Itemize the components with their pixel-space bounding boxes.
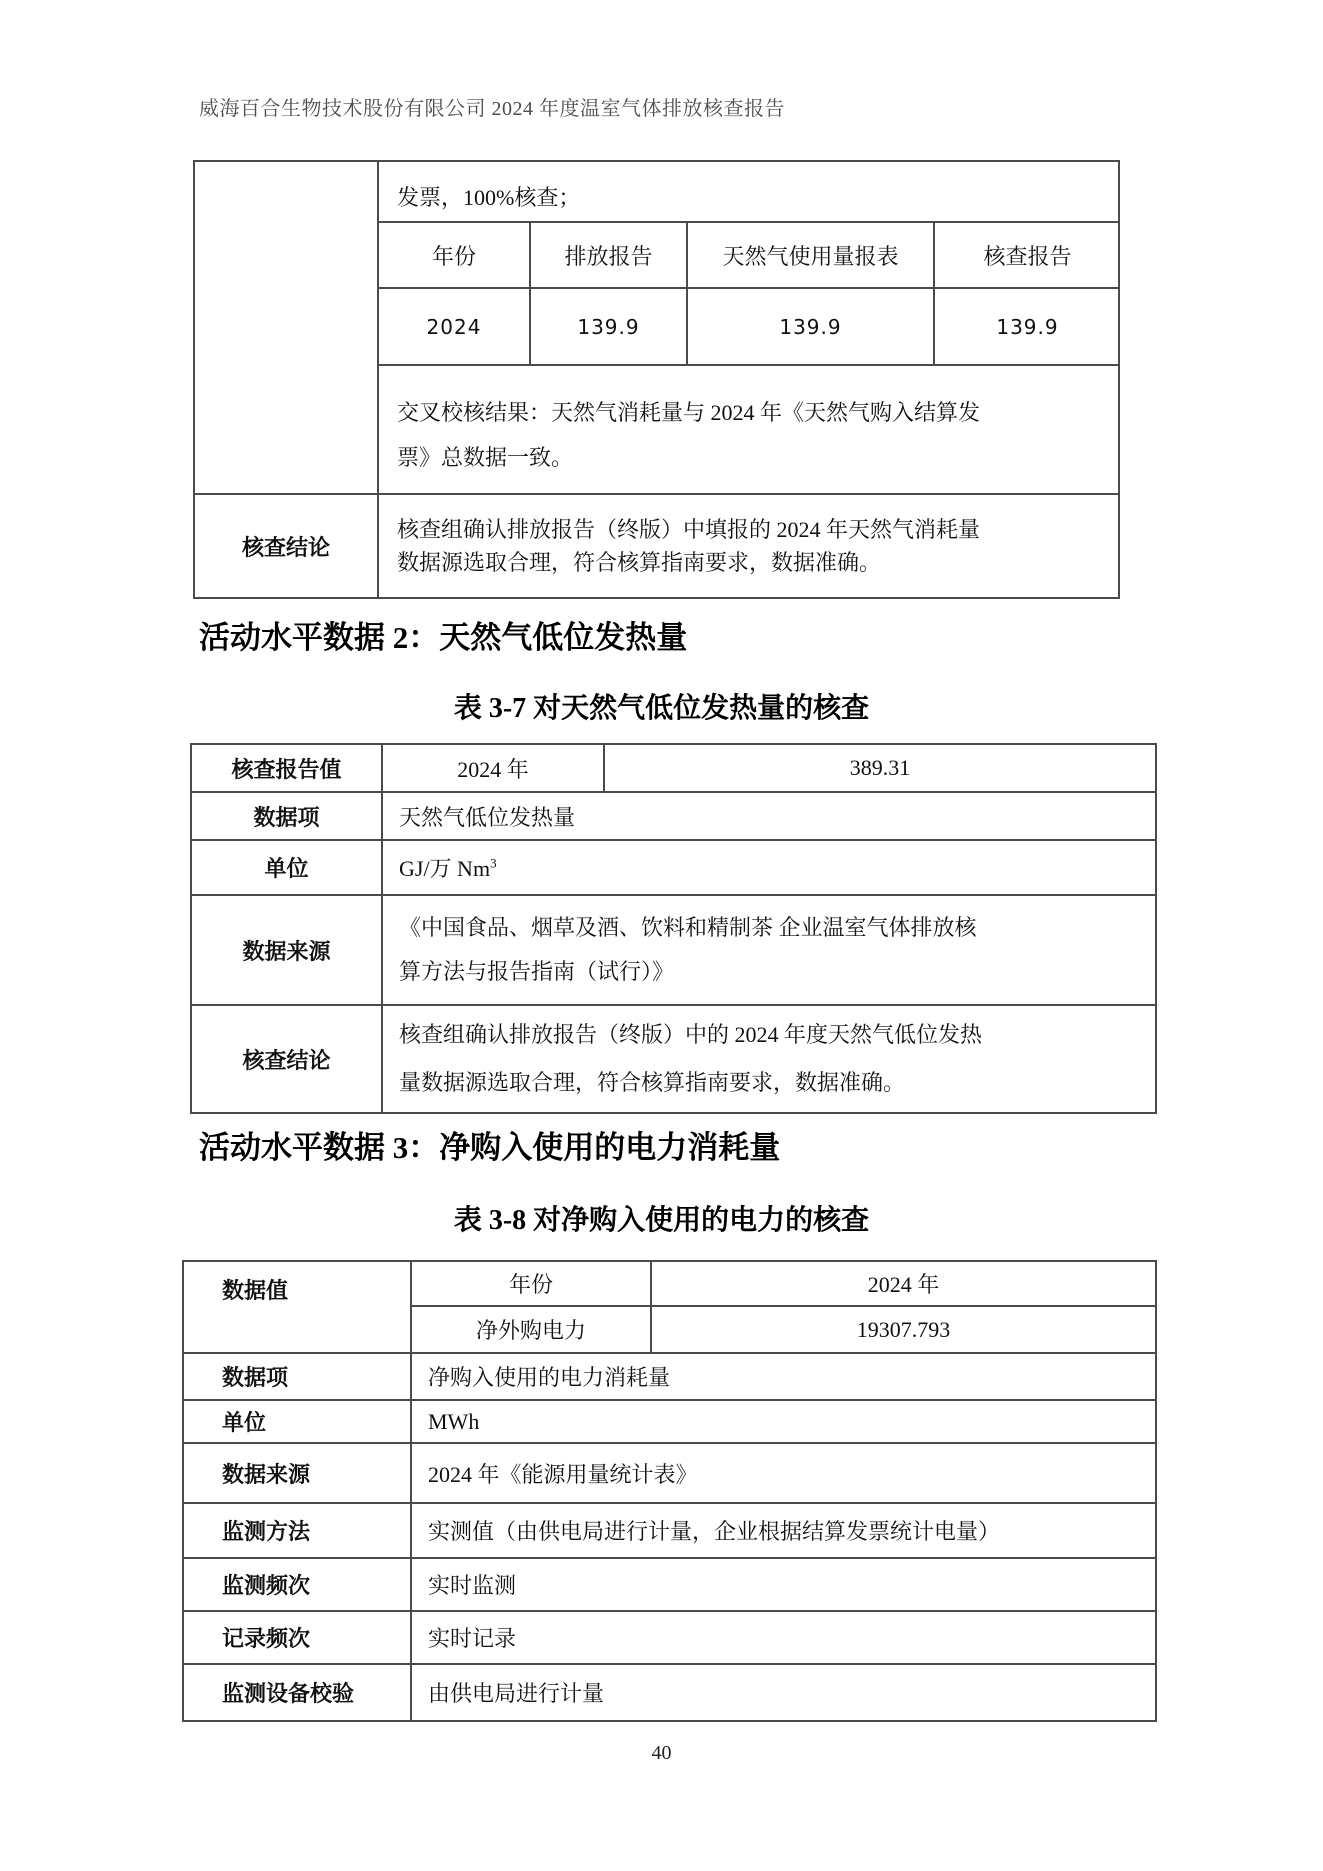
monitoring-frequency-label: 监测频次 [183,1558,411,1611]
table-3-7: 核查报告值 2024 年 389.31 数据项 天然气低位发热量 单位 GJ/万… [190,743,1157,1114]
section-3-heading: 活动水平数据 3：净购入使用的电力消耗量 [199,1122,780,1167]
unit-row: 单位 GJ/万 Nm3 [191,840,1156,895]
unit-value: GJ/万 Nm3 [382,840,1156,895]
table-3-8-title: 表 3-8 对净购入使用的电力的核查 [0,1198,1323,1238]
report-page: 威海百合生物技术股份有限公司 2024 年度温室气体排放核查报告 发票，100%… [0,0,1323,1871]
device-calibration-row: 监测设备校验 由供电局进行计量 [183,1664,1156,1721]
monitoring-frequency-value: 实时监测 [411,1558,1156,1611]
monitoring-method-label: 监测方法 [183,1503,411,1558]
data-source-label-3-8: 数据来源 [183,1443,411,1503]
data-value-label: 数据值 [183,1261,411,1353]
table-3-8: 数据值 年份 2024 年 净外购电力 19307.793 数据项 净购入使用的… [182,1260,1157,1722]
subtable-data-row: 2024 139.9 139.9 139.9 [379,288,1120,365]
device-calibration-label: 监测设备校验 [183,1664,411,1721]
page-number: 40 [0,1742,1323,1765]
column-header-year: 年份 [379,222,530,288]
data-item-value: 天然气低位发热量 [382,792,1156,840]
unit-label: 单位 [191,840,382,895]
subtable-header-row: 年份 排放报告 天然气使用量报表 核查报告 [379,222,1120,288]
data-value-year-row: 数据值 年份 2024 年 [183,1261,1156,1306]
data-source-value: 《中国食品、烟草及酒、饮料和精制茶 企业温室气体排放核 算方法与报告指南（试行）… [382,895,1156,1005]
year-label: 年份 [411,1261,651,1306]
monitoring-method-value: 实测值（由供电局进行计量，企业根据结算发票统计电量） [411,1503,1156,1558]
year-value: 2024 [379,288,530,365]
unit-row-3-8: 单位 MWh [183,1400,1156,1443]
conclusion-label-3-7: 核查结论 [191,1005,382,1113]
empty-label-cell [194,161,378,494]
unit-value-3-8: MWh [411,1400,1156,1443]
conclusion-text: 核查组确认排放报告（终版）中填报的 2024 年天然气消耗量 数据源选取合理，符… [378,494,1119,598]
crosscheck-content-cell: 发票，100%核查； 年份 排放报告 天然气使用量报表 核查报告 2024 [378,161,1119,494]
column-header-emission-report: 排放报告 [530,222,687,288]
page-header-title: 威海百合生物技术股份有限公司 2024 年度温室气体排放核查报告 [199,92,785,121]
data-source-value-3-8: 2024 年《能源用量统计表》 [411,1443,1156,1503]
net-purchased-power-value: 19307.793 [651,1306,1156,1353]
conclusion-row-3-7: 核查结论 核查组确认排放报告（终版）中的 2024 年度天然气低位发热 量数据源… [191,1005,1156,1113]
unit-label-3-8: 单位 [183,1400,411,1443]
unit-value-base: GJ/万 Nm [399,856,490,881]
table-3-7-title: 表 3-7 对天然气低位发热量的核查 [0,686,1323,726]
conclusion-label: 核查结论 [194,494,378,598]
section-2-heading: 活动水平数据 2：天然气低位发热量 [199,612,687,657]
data-item-value-3-8: 净购入使用的电力消耗量 [411,1353,1156,1400]
monitoring-frequency-row: 监测频次 实时监测 [183,1558,1156,1611]
monitoring-method-row: 监测方法 实测值（由供电局进行计量，企业根据结算发票统计电量） [183,1503,1156,1558]
natural-gas-verification-table: 发票，100%核查； 年份 排放报告 天然气使用量报表 核查报告 2024 [193,160,1120,599]
data-source-row-3-8: 数据来源 2024 年《能源用量统计表》 [183,1443,1156,1503]
crosscheck-result-text: 交叉校核结果：天然气消耗量与 2024 年《天然气购入结算发 票》总数据一致。 [379,366,1118,480]
report-value-label: 核查报告值 [191,744,382,792]
unit-value-superscript: 3 [490,856,497,871]
column-header-gas-usage-report: 天然气使用量报表 [687,222,934,288]
verification-report-value: 139.9 [934,288,1120,365]
data-item-row-3-8: 数据项 净购入使用的电力消耗量 [183,1353,1156,1400]
record-frequency-value: 实时记录 [411,1611,1156,1664]
column-header-verification-report: 核查报告 [934,222,1120,288]
data-item-row: 数据项 天然气低位发热量 [191,792,1156,840]
device-calibration-value: 由供电局进行计量 [411,1664,1156,1721]
conclusion-row: 核查结论 核查组确认排放报告（终版）中填报的 2024 年天然气消耗量 数据源选… [194,494,1119,598]
data-source-row: 数据来源 《中国食品、烟草及酒、饮料和精制茶 企业温室气体排放核 算方法与报告指… [191,895,1156,1005]
year-value: 2024 年 [651,1261,1156,1306]
data-item-label-3-8: 数据项 [183,1353,411,1400]
data-item-label: 数据项 [191,792,382,840]
gas-usage-report-value: 139.9 [687,288,934,365]
gas-crosscheck-subtable: 年份 排放报告 天然气使用量报表 核查报告 2024 139.9 139.9 1… [379,221,1120,366]
report-value-number: 389.31 [604,744,1156,792]
record-frequency-row: 记录频次 实时记录 [183,1611,1156,1664]
report-value-year: 2024 年 [382,744,604,792]
conclusion-text-3-7: 核查组确认排放报告（终版）中的 2024 年度天然气低位发热 量数据源选取合理，… [382,1005,1156,1113]
record-frequency-label: 记录频次 [183,1611,411,1664]
report-value-row: 核查报告值 2024 年 389.31 [191,744,1156,792]
net-purchased-power-label: 净外购电力 [411,1306,651,1353]
data-source-label: 数据来源 [191,895,382,1005]
emission-report-value: 139.9 [530,288,687,365]
invoice-note: 发票，100%核查； [379,175,1118,221]
